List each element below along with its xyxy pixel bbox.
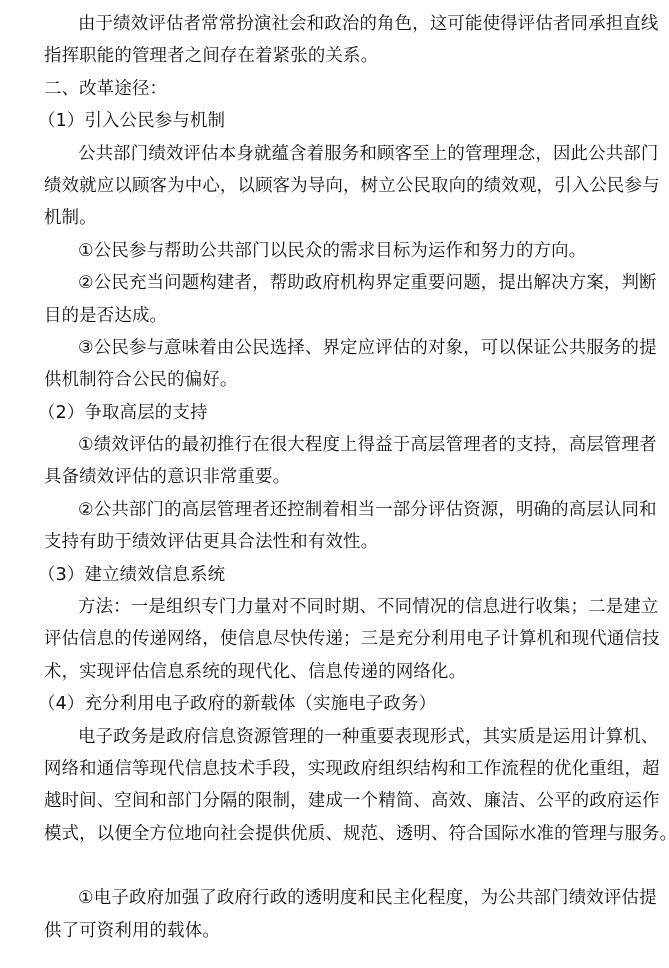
subheading-e-government: （4）充分利用电子政府的新载体（实施电子政务） bbox=[38, 688, 628, 720]
subheading-citizen-participation: （1）引入公民参与机制 bbox=[38, 105, 628, 137]
text-line: 电子政务是政府信息资源管理的一种重要表现形式，其实质是运用计算机、 bbox=[44, 721, 628, 753]
paragraph-support-point-2: ②公共部门的高层管理者还控制着相当一部分评估资源，明确的高层认同和 支持有助于绩… bbox=[44, 494, 628, 559]
text-line: ①公民参与帮助公共部门以民众的需求目标为运作和努力的方向。 bbox=[44, 235, 628, 267]
text-line: ③公民参与意味着由公民选择、界定应评估的对象，可以保证公共服务的提 bbox=[44, 332, 628, 364]
blank-line bbox=[44, 850, 628, 882]
subheading-info-system: （3）建立绩效信息系统 bbox=[38, 559, 628, 591]
text-line: 公共部门绩效评估本身就蕴含着服务和顾客至上的管理理念，因此公共部门 bbox=[44, 138, 628, 170]
text-line: 由于绩效评估者常常扮演社会和政治的角色，这可能使得评估者同承担直线 bbox=[44, 8, 628, 40]
paragraph-point-3: ③公民参与意味着由公民选择、界定应评估的对象，可以保证公共服务的提 供机制符合公… bbox=[44, 332, 628, 397]
paragraph-point-2: ②公民充当问题构建者，帮助政府机构界定重要问题，提出解决方案，判断 目的是否达成… bbox=[44, 267, 628, 332]
text-line: ②公民充当问题构建者，帮助政府机构界定重要问题，提出解决方案，判断 bbox=[44, 267, 628, 299]
text-line: 方法：一是组织专门力量对不同时期、不同情况的信息进行收集；二是建立 bbox=[44, 591, 628, 623]
text-line: 具备绩效评估的意识非常重要。 bbox=[44, 461, 628, 493]
text-line: ①电子政府加强了政府行政的透明度和民主化程度，为公共部门绩效评估提 bbox=[44, 882, 628, 914]
document-page: 由于绩效评估者常常扮演社会和政治的角色，这可能使得评估者同承担直线 指挥职能的管… bbox=[44, 8, 628, 947]
paragraph-role-tension: 由于绩效评估者常常扮演社会和政治的角色，这可能使得评估者同承担直线 指挥职能的管… bbox=[44, 8, 628, 73]
text-line: 指挥职能的管理者之间存在着紧张的关系。 bbox=[44, 40, 628, 72]
paragraph-e-gov-point-1: ①电子政府加强了政府行政的透明度和民主化程度，为公共部门绩效评估提 供了可资利用… bbox=[44, 882, 628, 947]
text-line: 评估信息的传递网络，使信息尽快传递；三是充分利用电子计算机和现代通信技 bbox=[44, 623, 628, 655]
paragraph-point-1: ①公民参与帮助公共部门以民众的需求目标为运作和努力的方向。 bbox=[44, 235, 628, 267]
text-line: 机制。 bbox=[44, 202, 628, 234]
text-line: 供了可资利用的载体。 bbox=[44, 915, 628, 947]
paragraph-support-point-1: ①绩效评估的最初推行在很大程度上得益于高层管理者的支持，高层管理者 具备绩效评估… bbox=[44, 429, 628, 494]
text-line: 术，实现评估信息系统的现代化、信息传递的网络化。 bbox=[44, 656, 628, 688]
paragraph-customer-oriented: 公共部门绩效评估本身就蕴含着服务和顾客至上的管理理念，因此公共部门 绩效就应以顾… bbox=[44, 138, 628, 235]
text-line: 目的是否达成。 bbox=[44, 300, 628, 332]
text-line: 支持有助于绩效评估更具合法性和有效性。 bbox=[44, 526, 628, 558]
text-line: ②公共部门的高层管理者还控制着相当一部分评估资源，明确的高层认同和 bbox=[44, 494, 628, 526]
text-line: 供机制符合公民的偏好。 bbox=[44, 364, 628, 396]
text-line: 模式，以便全方位地向社会提供优质、规范、透明、符合国际水准的管理与服务。 bbox=[44, 818, 628, 850]
section-heading-reform-paths: 二、改革途径： bbox=[44, 73, 628, 105]
text-line: 网络和通信等现代信息技术手段，实现政府组织结构和工作流程的优化重组，超 bbox=[44, 753, 628, 785]
text-line: 绩效就应以顾客为中心，以顾客为导向，树立公民取向的绩效观，引入公民参与 bbox=[44, 170, 628, 202]
text-line: ①绩效评估的最初推行在很大程度上得益于高层管理者的支持，高层管理者 bbox=[44, 429, 628, 461]
text-line: 越时间、空间和部门分隔的限制，建成一个精简、高效、廉洁、公平的政府运作 bbox=[44, 785, 628, 817]
paragraph-e-gov-definition: 电子政务是政府信息资源管理的一种重要表现形式，其实质是运用计算机、 网络和通信等… bbox=[44, 721, 628, 851]
paragraph-methods: 方法：一是组织专门力量对不同时期、不同情况的信息进行收集；二是建立 评估信息的传… bbox=[44, 591, 628, 688]
subheading-senior-support: （2）争取高层的支持 bbox=[38, 397, 628, 429]
